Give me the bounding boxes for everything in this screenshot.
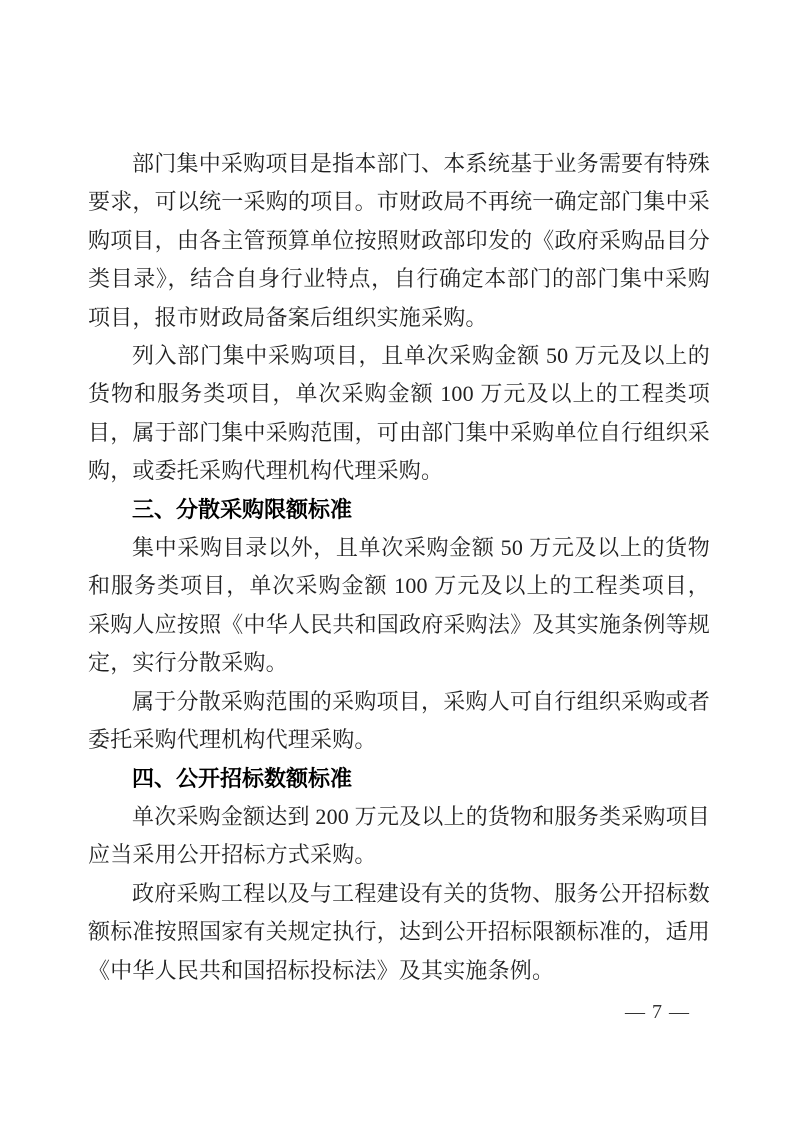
document-body: 部门集中采购项目是指本部门、本系统基于业务需要有特殊要求，可以统一采购的项目。市… [88,145,710,990]
paragraph-public-bidding-threshold: 单次采购金额达到 200 万元及以上的货物和服务类采购项目应当采用公开招标方式采… [88,798,710,875]
heading-section-3-decentralized-procurement-limit: 三、分散采购限额标准 [88,491,710,529]
paragraph-decentralized-scope: 属于分散采购范围的采购项目，采购人可自行组织采购或者委托采购代理机构代理采购。 [88,683,710,760]
paragraph-decentralized-thresholds: 集中采购目录以外，且单次采购金额 50 万元及以上的货物和服务类项目，单次采购金… [88,529,710,683]
page-number: — 7 — [625,1001,690,1024]
document-page: 部门集中采购项目是指本部门、本系统基于业务需要有特殊要求，可以统一采购的项目。市… [0,0,794,1123]
paragraph-department-centralized-definition: 部门集中采购项目是指本部门、本系统基于业务需要有特殊要求，可以统一采购的项目。市… [88,145,710,337]
paragraph-department-centralized-thresholds: 列入部门集中采购项目，且单次采购金额 50 万元及以上的货物和服务类项目，单次采… [88,337,710,491]
paragraph-engineering-bidding-rules: 政府采购工程以及与工程建设有关的货物、服务公开招标数额标准按照国家有关规定执行，… [88,875,710,990]
heading-section-4-public-bidding-amount: 四、公开招标数额标准 [88,760,710,798]
